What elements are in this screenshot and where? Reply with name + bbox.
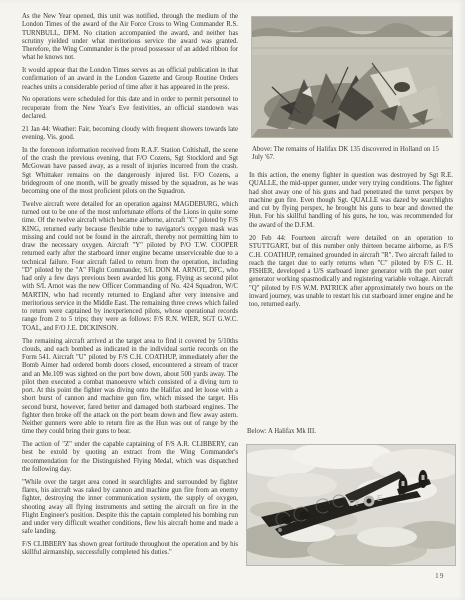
squadron-code-letters: EY [349, 499, 360, 508]
paragraph-target-area: The remaining aircraft arrived at the ta… [22, 338, 238, 437]
left-text-column: As the New Year opened, this unit was no… [22, 13, 238, 562]
photo-caption-top: Above: The remains of Halifax DK 135 dis… [252, 146, 450, 163]
paragraph-dfm-citation: "While over the target area coned in sea… [22, 479, 238, 537]
page-number: 19 [435, 571, 445, 580]
paragraph-20-feb-stuttgart: 20 Feb 44: Fourteen aircraft were detail… [249, 235, 453, 309]
paragraph-standown: No operations were scheduled for this da… [22, 96, 238, 121]
wreckage-photo-art [252, 17, 452, 137]
aircraft-letter: E [377, 494, 382, 503]
paragraph-magdeburg-operation: Twelve aircraft were detailed for an ope… [22, 201, 238, 333]
photo-caption-bottom: Below: A Halifax Mk III. [247, 428, 445, 436]
paragraph-21-jan-weather: 21 Jan 44: Weather: Fair, becoming cloud… [22, 126, 238, 143]
book-page: As the New Year opened, this unit was no… [0, 0, 465, 600]
paragraph-qualle-dfm: In this action, the enemy fighter in que… [249, 172, 453, 230]
paragraph-london-times: It would appear that the London Times se… [22, 67, 238, 92]
paragraph-coltishall-crash: In the forenoon information received fro… [22, 147, 238, 197]
halifax-photo-art: EY E [247, 445, 455, 565]
halifax-photo: EY E [247, 445, 455, 565]
wreckage-photo [252, 17, 452, 137]
paragraph-action-of-z: The action of "Z" under the capable capt… [22, 441, 238, 474]
paragraph-new-year-award: As the New Year opened, this unit was no… [22, 13, 238, 63]
right-column: Above: The remains of Halifax DK 135 dis… [247, 0, 455, 600]
paragraph-clibbery-fortitude: F/S CLIBBERY has shown great fortitude t… [22, 541, 238, 558]
